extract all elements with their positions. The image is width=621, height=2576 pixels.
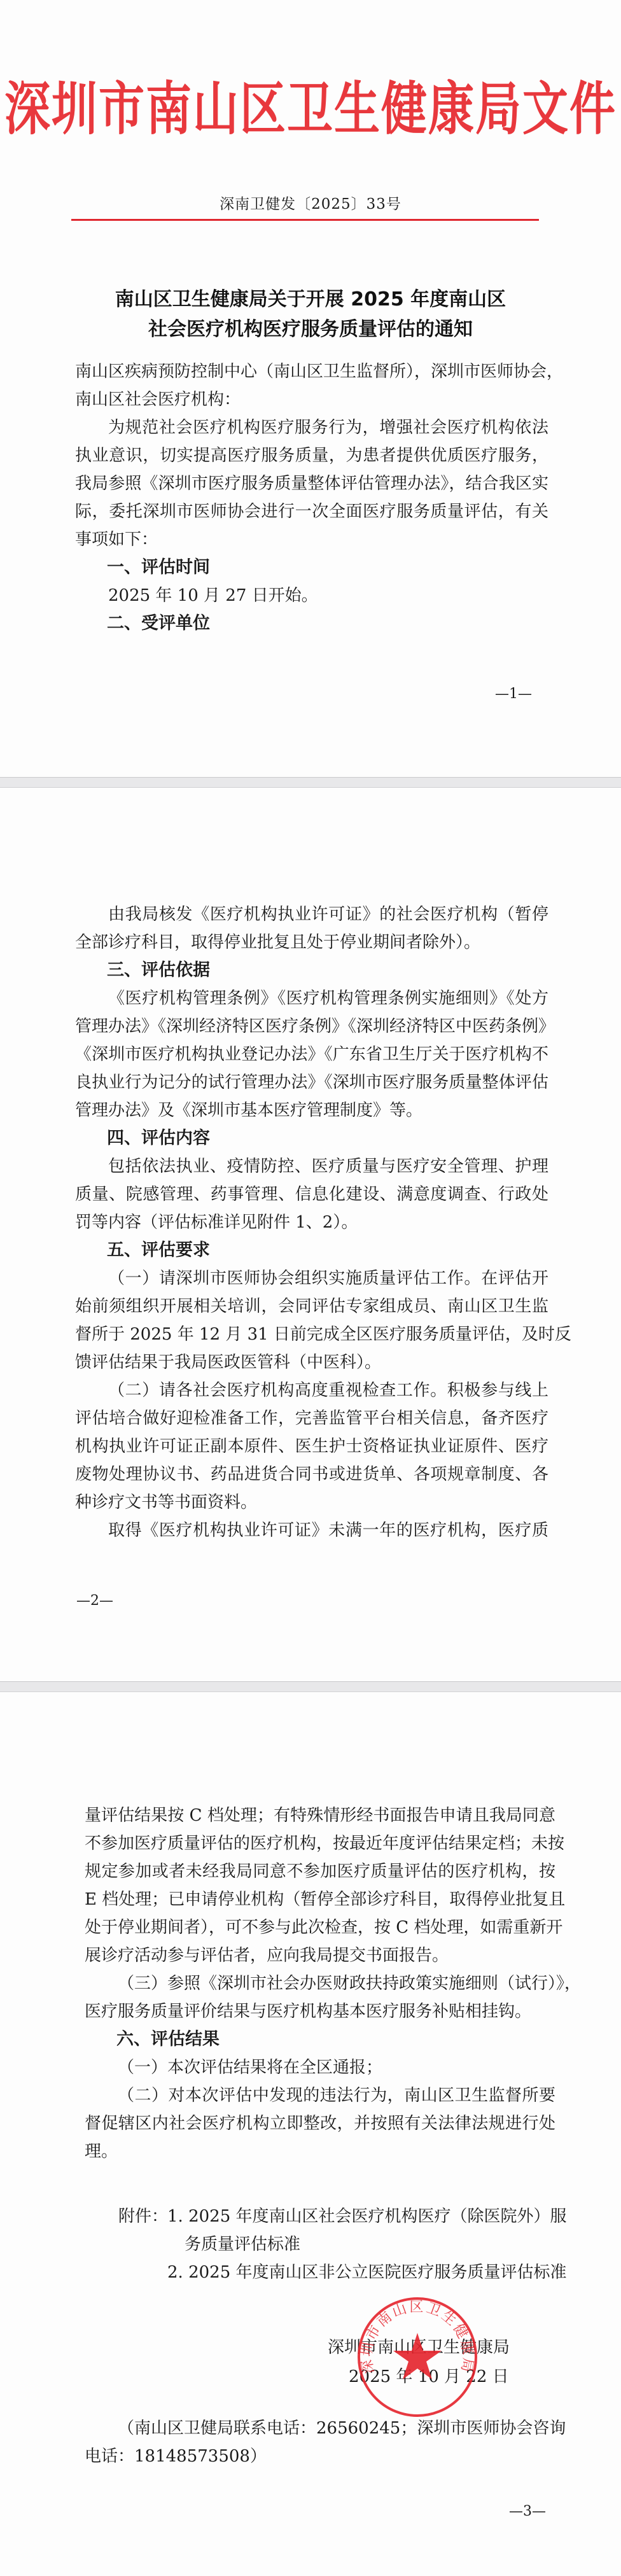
section-3-body-line: 《深圳市医疗机构执业登记办法》《广东省卫生厅关于医疗机构不 — [75, 1044, 548, 1065]
page-number-2: —2— — [76, 1593, 113, 1609]
section-3-body-line: 管理办法》及《深圳市基本医疗管理制度》等。 — [75, 1100, 548, 1121]
attachments-label: 附件： — [118, 2206, 168, 2227]
section-5-item-2-line: 废物处理协议书、药品进货合同书或进货单、各项规章制度、各 — [75, 1464, 548, 1485]
intro-line: 事项如下： — [75, 529, 548, 550]
section-6-item-1: （一）本次评估结果将在全区通报； — [118, 2057, 555, 2078]
continuation-line: 不参加医疗质量评估的医疗机构，按最近年度评估结果定档；未按 — [85, 1833, 555, 1854]
section-5-item-2-line: 机构执业许可证正副本原件、医生护士资格证执业证原件、医疗 — [75, 1436, 548, 1457]
section-3-body-line: 《医疗机构管理条例》《医疗机构管理条例实施细则》《处方 — [108, 988, 548, 1009]
section-5-item-1-line: 督所于 2025 年 12 月 31 日前完成全区医疗服务质量评估，及时反 — [75, 1324, 548, 1345]
document-page-3: 量评估结果按 C 档处理；有特殊情形经书面报告申请且我局同意 不参加医疗质量评估… — [0, 1692, 621, 2576]
section-2-body-line: 全部诊疗科目，取得停业批复且处于停业期间者除外）。 — [75, 932, 548, 953]
section-5-item-3-line: 医疗服务质量评价结果与医疗机构基本医疗服务补贴相挂钩。 — [85, 2001, 555, 2022]
addressee-line-2: 南山区社会医疗机构： — [75, 389, 548, 410]
section-5-item-2-line: 评估培合做好迎检准备工作，完善监管平台相关信息，备齐医疗 — [75, 1408, 548, 1429]
section-5-item-1-line: （一）请深圳市医师协会组织实施质量评估工作。在评估开 — [108, 1268, 548, 1289]
section-3-body-line: 良执业行为记分的试行管理办法》《深圳市医疗服务质量整体评估 — [75, 1072, 548, 1093]
intro-line: 我局参照《深圳市医疗服务质量整体评估管理办法》，结合我区实 — [75, 473, 548, 494]
section-5-item-1-line: 始前须组织开展相关培训，会同评估专家组成员、南山区卫生监 — [75, 1296, 548, 1317]
addressee-line-1: 南山区疾病预防控制中心（南山区卫生监督所），深圳市医师协会， — [75, 361, 548, 382]
section-5-item-2-line: （二）请各社会医疗机构高度重视检查工作。积极参与线上 — [108, 1380, 548, 1401]
section-heading-2: 二、受评单位 — [107, 613, 210, 634]
section-4-body-line: 罚等内容（评估标准详见附件 1、2）。 — [75, 1212, 548, 1233]
section-heading-1: 一、评估时间 — [107, 557, 210, 578]
section-heading-4: 四、评估内容 — [107, 1128, 210, 1149]
section-6-item-2-line: （二）对本次评估中发现的违法行为，南山区卫生监督所要 — [118, 2085, 555, 2106]
attachment-2: 2. 2025 年度南山区非公立医院医疗服务质量评估标准 — [167, 2262, 553, 2283]
section-4-body-line: 包括依法执业、疫情防控、医疗质量与医疗安全管理、护理 — [108, 1156, 548, 1177]
document-page-2: 由我局核发《医疗机构执业许可证》的社会医疗机构（暂停 全部诊疗科目，取得停业批复… — [0, 788, 621, 1681]
red-separator-rule — [71, 219, 539, 221]
contact-line: （南山区卫健局联系电话：26560245；深圳市医师协会咨询 — [118, 2418, 555, 2439]
attachment-1-line-2: 务质量评估标准 — [185, 2234, 300, 2255]
section-3-body-line: 管理办法》《深圳经济特区医疗条例》《深圳经济特区中医药条例》 — [75, 1016, 548, 1037]
masthead-title: 深圳市南山区卫生健康局文件 — [0, 62, 621, 145]
attachment-1-line-1: 1. 2025 年度南山区社会医疗机构医疗（除医院外）服 — [167, 2206, 555, 2227]
section-5-item-3-line: （三）参照《深圳市社会办医财政扶持政策实施细则（试行）》， — [118, 1973, 555, 1994]
page-separator — [0, 777, 621, 788]
section-heading-6: 六、评估结果 — [116, 2029, 220, 2050]
section-4-body-line: 质量、院感管理、药事管理、信息化建设、满意度调查、行政处 — [75, 1184, 548, 1205]
page-separator — [0, 1681, 621, 1692]
intro-line: 际，委托深圳市医师协会进行一次全面医疗服务质量评估，有关 — [75, 501, 548, 522]
section-5-item-2-line: 种诊疗文书等书面资料。 — [75, 1492, 548, 1513]
continuation-line: 量评估结果按 C 档处理；有特殊情形经书面报告申请且我局同意 — [85, 1805, 555, 1826]
section-6-item-2-line: 理。 — [85, 2141, 555, 2162]
section-5-item-1-line: 馈评估结果于我局医政医管科（中医科）。 — [75, 1352, 548, 1373]
page-number-3: —3— — [509, 2503, 546, 2519]
page-number-1: —1— — [495, 686, 532, 702]
continuation-line: 展诊疗活动参与评估者，应向我局提交书面报告。 — [85, 1945, 555, 1966]
section-6-item-2-line: 督促辖区内社会医疗机构立即整改，并按照有关法律法规进行处 — [85, 2113, 555, 2134]
contact-line: 电话：18148573508） — [85, 2446, 555, 2467]
document-title-line-1: 南山区卫生健康局关于开展 2025 年度南山区 — [0, 283, 621, 311]
intro-line: 执业意识，切实提高医疗服务质量，为患者提供优质医疗服务， — [75, 445, 548, 466]
section-5-note-line: 取得《医疗机构执业许可证》未满一年的医疗机构，医疗质 — [108, 1520, 548, 1541]
intro-line: 为规范社会医疗机构医疗服务行为，增强社会医疗机构依法 — [108, 417, 548, 438]
continuation-line: 规定参加或者未经我局同意不参加医疗质量评估的医疗机构，按 — [85, 1861, 555, 1882]
document-number: 深南卫健发〔2025〕33号 — [0, 192, 621, 213]
continuation-line: E 档处理；已申请停业机构（暂停全部诊疗科目，取得停业批复且 — [85, 1889, 555, 1910]
official-seal-icon: 深圳市南山区卫生健康局 — [356, 2296, 478, 2418]
section-2-body-line: 由我局核发《医疗机构执业许可证》的社会医疗机构（暂停 — [108, 904, 548, 925]
continuation-line: 处于停业期间者），可不参与此次检查，按 C 档处理，如需重新开 — [85, 1917, 555, 1938]
section-heading-3: 三、评估依据 — [107, 960, 210, 981]
section-heading-5: 五、评估要求 — [107, 1240, 210, 1261]
section-1-body: 2025 年 10 月 27 日开始。 — [108, 585, 548, 606]
document-page-1: 深圳市南山区卫生健康局文件 深南卫健发〔2025〕33号 南山区卫生健康局关于开… — [0, 0, 621, 777]
document-title-line-2: 社会医疗机构医疗服务质量评估的通知 — [0, 313, 621, 341]
